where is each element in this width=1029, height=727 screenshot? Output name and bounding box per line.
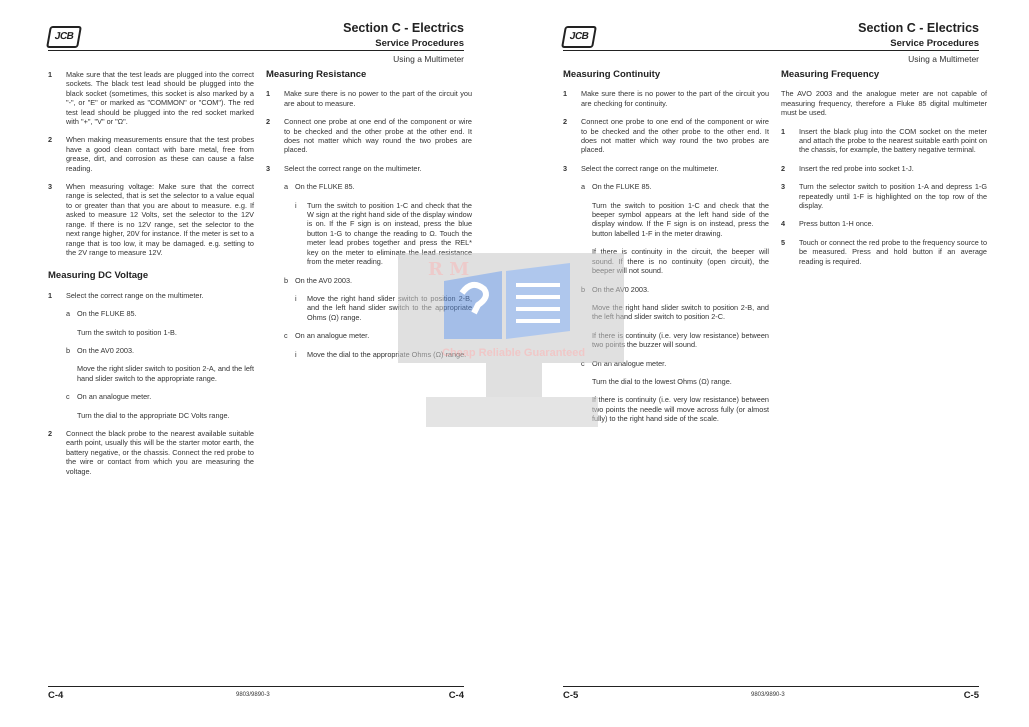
column-resistance: Measuring Resistance 1Make sure there is…: [266, 70, 472, 368]
sub-letter: a: [284, 182, 295, 191]
sub-item: cOn an analogue meter.: [581, 359, 769, 368]
list-item: 2Insert the red probe into socket 1-J.: [781, 164, 987, 173]
sub-text: On the FLUKE 85.: [295, 182, 472, 191]
sub-item: aOn the FLUKE 85.: [581, 182, 769, 191]
item-text: Make sure that the test leads are plugge…: [66, 70, 254, 126]
topic-label: Using a Multimeter: [908, 54, 979, 64]
list-item: 3Select the correct range on the multime…: [563, 164, 769, 173]
item-number: 1: [781, 127, 799, 155]
roman-numeral: i: [295, 350, 307, 359]
item-text: When measuring voltage: Make sure that t…: [66, 182, 254, 257]
sub-paragraph: Turn the switch to position 1-C and chec…: [592, 201, 769, 239]
item-text: Select the correct range on the multimet…: [581, 164, 769, 173]
item-number: 1: [48, 70, 66, 126]
sub-letter: b: [66, 346, 77, 355]
sub-letter: a: [66, 309, 77, 318]
roman-numeral: i: [295, 294, 307, 322]
sub-letter: b: [284, 276, 295, 285]
heading-dc-voltage: Measuring DC Voltage: [48, 271, 254, 280]
list-item: 4Press button 1-H once.: [781, 219, 987, 228]
sub-text: On the AV0 2003.: [592, 285, 769, 294]
sub-paragraph: Turn the switch to position 1-B.: [77, 328, 254, 337]
column-continuity: Measuring Continuity 1Make sure there is…: [563, 70, 769, 433]
item-number: 1: [48, 291, 66, 300]
item-number: 3: [48, 182, 66, 257]
sub-sub-text: Move the dial to the appropriate Ohms (Ω…: [307, 350, 472, 359]
item-number: 2: [266, 117, 284, 155]
item-text: Connect one probe at one end of the comp…: [284, 117, 472, 155]
sub-sub-item: iTurn the switch to position 1-C and che…: [295, 201, 472, 267]
list-item: 1 Select the correct range on the multim…: [48, 291, 254, 300]
watermark-monitor-neck: [486, 363, 542, 397]
sub-paragraph: Move the right hand slider switch to pos…: [592, 303, 769, 322]
sub-item: aOn the FLUKE 85.: [284, 182, 472, 191]
sub-sub-item: iMove the right hand slider switch to po…: [295, 294, 472, 322]
sub-letter: c: [66, 392, 77, 401]
list-item: 1Make sure there is no power to the part…: [266, 89, 472, 108]
list-item: 5Touch or connect the red probe to the f…: [781, 238, 987, 266]
sub-sub-item: iMove the dial to the appropriate Ohms (…: [295, 350, 472, 359]
list-item: 3Select the correct range on the multime…: [266, 164, 472, 173]
sub-paragraph: Turn the dial to the lowest Ohms (Ω) ran…: [592, 377, 769, 386]
heading-resistance: Measuring Resistance: [266, 70, 472, 79]
intro-paragraph: The AVO 2003 and the analogue meter are …: [781, 89, 987, 117]
item-number: 2: [781, 164, 799, 173]
header-rule: [563, 50, 979, 51]
footer-rule: [563, 686, 979, 687]
item-number: 5: [781, 238, 799, 266]
footer-rule: [48, 686, 464, 687]
sub-text: On an analogue meter.: [592, 359, 769, 368]
jcb-logo: JCB: [561, 26, 597, 48]
list-item: 3 When measuring voltage: Make sure that…: [48, 182, 254, 257]
sub-letter: b: [581, 285, 592, 294]
sub-item: bOn the AV0 2003.: [66, 346, 254, 355]
column-voltage: 1 Make sure that the test leads are plug…: [48, 70, 254, 485]
sub-paragraph: If there is continuity (i.e. very low re…: [592, 395, 769, 423]
header-rule: [48, 50, 464, 51]
list-item: 1 Make sure that the test leads are plug…: [48, 70, 254, 126]
item-text: Make sure there is no power to the part …: [581, 89, 769, 108]
sub-paragraph: If there is continuity in the circuit, t…: [592, 247, 769, 275]
item-text: Press button 1-H once.: [799, 219, 987, 228]
sub-paragraph: If there is continuity (i.e. very low re…: [592, 331, 769, 350]
item-text: Select the correct range on the multimet…: [66, 291, 254, 300]
sub-paragraph: Move the right slider switch to position…: [77, 364, 254, 383]
sub-text: On the AV0 2003.: [77, 346, 254, 355]
item-text: Insert the red probe into socket 1-J.: [799, 164, 987, 173]
sub-text: On the FLUKE 85.: [592, 182, 769, 191]
sub-sub-text: Move the right hand slider switch to pos…: [307, 294, 472, 322]
item-number: 3: [781, 182, 799, 210]
item-text: When making measurements ensure that the…: [66, 135, 254, 173]
item-text: Turn the selector switch to position 1-A…: [799, 182, 987, 210]
list-item: 1Make sure there is no power to the part…: [563, 89, 769, 108]
section-title: Section C - Electrics: [343, 21, 464, 35]
document-code: 9803/9890-3: [751, 692, 785, 698]
page-c5: JCB Section C - Electrics Service Proced…: [561, 0, 1001, 727]
list-item: 2Connect one probe at one end of the com…: [266, 117, 472, 155]
sub-text: On an analogue meter.: [77, 392, 254, 401]
sub-paragraph: Turn the dial to the appropriate DC Volt…: [77, 411, 254, 420]
sub-text: On the AV0 2003.: [295, 276, 472, 285]
page-c4: JCB Section C - Electrics Service Proced…: [46, 0, 486, 727]
sub-text: On the FLUKE 85.: [77, 309, 254, 318]
list-item: 2 When making measurements ensure that t…: [48, 135, 254, 173]
item-number: 1: [266, 89, 284, 108]
item-number: 2: [48, 429, 66, 476]
page-number-right: C-4: [449, 690, 464, 701]
section-subtitle: Service Procedures: [375, 38, 464, 49]
sub-letter: c: [284, 331, 295, 340]
jcb-logo: JCB: [46, 26, 82, 48]
list-item: 2 Connect the black probe to the nearest…: [48, 429, 254, 476]
list-item: 3Turn the selector switch to position 1-…: [781, 182, 987, 210]
item-text: Make sure there is no power to the part …: [284, 89, 472, 108]
section-subtitle: Service Procedures: [890, 38, 979, 49]
item-number: 2: [48, 135, 66, 173]
item-number: 1: [563, 89, 581, 108]
column-frequency: Measuring Frequency The AVO 2003 and the…: [781, 70, 987, 275]
sub-item: bOn the AV0 2003.: [284, 276, 472, 285]
sub-item: cOn an analogue meter.: [284, 331, 472, 340]
item-number: 2: [563, 117, 581, 155]
list-item: 1Insert the black plug into the COM sock…: [781, 127, 987, 155]
sub-item: bOn the AV0 2003.: [581, 285, 769, 294]
item-text: Connect the black probe to the nearest a…: [66, 429, 254, 476]
heading-continuity: Measuring Continuity: [563, 70, 769, 79]
page-number-left: C-4: [48, 690, 63, 701]
item-number: 4: [781, 219, 799, 228]
sub-text: On an analogue meter.: [295, 331, 472, 340]
sub-letter: c: [581, 359, 592, 368]
sub-letter: a: [581, 182, 592, 191]
item-text: Connect one probe to one end of the comp…: [581, 117, 769, 155]
topic-label: Using a Multimeter: [393, 54, 464, 64]
item-text: Select the correct range on the multimet…: [284, 164, 472, 173]
item-text: Insert the black plug into the COM socke…: [799, 127, 987, 155]
sub-item: aOn the FLUKE 85.: [66, 309, 254, 318]
sub-item: cOn an analogue meter.: [66, 392, 254, 401]
heading-frequency: Measuring Frequency: [781, 70, 987, 79]
roman-numeral: i: [295, 201, 307, 267]
sub-sub-text: Turn the switch to position 1-C and chec…: [307, 201, 472, 267]
item-number: 3: [266, 164, 284, 173]
item-number: 3: [563, 164, 581, 173]
list-item: 2Connect one probe to one end of the com…: [563, 117, 769, 155]
item-text: Touch or connect the red probe to the fr…: [799, 238, 987, 266]
page-number-left: C-5: [563, 690, 578, 701]
section-title: Section C - Electrics: [858, 21, 979, 35]
page-number-right: C-5: [964, 690, 979, 701]
document-code: 9803/9890-3: [236, 692, 270, 698]
